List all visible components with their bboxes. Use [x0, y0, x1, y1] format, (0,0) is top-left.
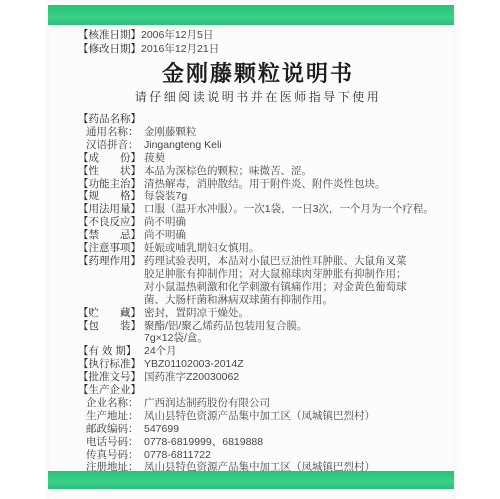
field-row-shelf-life: 【有 效 期】24个月 [78, 345, 438, 358]
field-value: 金刚藤颗粒 [144, 126, 438, 139]
field-row-generic-name: 通用名称：金刚藤颗粒 [78, 126, 438, 139]
field-value: 密封，置阴凉干燥处。 [144, 307, 438, 320]
field-label: 【性 状】 [78, 165, 144, 178]
top-green-bar [48, 5, 454, 25]
field-value: 547699 [144, 423, 438, 436]
field-row-company-name: 企业名称：广西润达制药股份有限公司 [78, 397, 438, 410]
field-row-precautions: 【注意事项】妊娠或哺乳期妇女慎用。 [78, 242, 438, 255]
field-row-manufacturer-section: 【生产企业】 [78, 384, 438, 397]
field-value: 本品为深棕色的颗粒；味微苦、涩。 [144, 165, 438, 178]
pharmacology-line: 药理试验表明，本品对小鼠巴豆油性耳肿胀、大鼠角叉菜 [144, 255, 438, 268]
field-value: 尚不明确 [144, 229, 438, 242]
field-row-ingredients: 【成 份】菝葜 [78, 152, 438, 165]
approval-date-row: 【核准日期】2006年12月5日 [78, 29, 438, 43]
revision-date-value: 2016年12月21日 [141, 43, 219, 57]
packaging-line: 7g×12袋/盒。 [144, 332, 438, 345]
field-row-pharmacology: 【药理作用】 药理试验表明，本品对小鼠巴豆油性耳肿胀、大鼠角叉菜 胶足肿胀有抑制… [78, 255, 438, 307]
field-row-description: 【性 状】本品为深棕色的颗粒；味微苦、涩。 [78, 165, 438, 178]
field-value: 聚酯/铝/聚乙烯药品包装用复合膜。 7g×12袋/盒。 [144, 320, 438, 346]
field-value: 口服（温开水冲服）。一次1袋，一日3次，一个月为一个疗程。 [144, 203, 438, 216]
field-label: 【包 装】 [78, 320, 144, 346]
field-label: 邮政编码： [86, 423, 144, 436]
field-row-standard: 【执行标准】YBZ01102003-2014Z [78, 358, 438, 371]
field-value: 0778-6811722 [144, 449, 438, 462]
field-label: 【功能主治】 [78, 178, 144, 191]
drug-leaflet-paper: 【核准日期】2006年12月5日 【修改日期】2016年12月21日 金刚藤颗粒… [48, 0, 454, 499]
field-row-pinyin: 汉语拼音：Jingangteng Keli [78, 139, 438, 152]
field-value: 广西润达制药股份有限公司 [144, 397, 438, 410]
field-row-packaging: 【包 装】 聚酯/铝/聚乙烯药品包装用复合膜。 7g×12袋/盒。 [78, 320, 438, 346]
field-label: 【药理作用】 [78, 255, 144, 307]
field-value: YBZ01102003-2014Z [144, 358, 438, 371]
approval-date-value: 2006年12月5日 [141, 29, 213, 43]
field-value: 24个月 [144, 345, 438, 358]
pharmacology-line: 对小鼠温热刺激和化学刺激有镇痛作用；对金黄色葡萄球 [144, 281, 438, 294]
field-value: 每袋装7g [144, 190, 438, 203]
field-label: 传真号码： [86, 449, 144, 462]
field-row-contraindications: 【禁 忌】尚不明确 [78, 229, 438, 242]
leaflet-content: 【核准日期】2006年12月5日 【修改日期】2016年12月21日 金刚藤颗粒… [78, 29, 438, 487]
field-label: 【用法用量】 [78, 203, 144, 216]
pharmacology-line: 胶足肿胀有抑制作用；对大鼠棉球肉芽肿胀有抑制作用； [144, 268, 438, 281]
field-label: 【有 效 期】 [78, 345, 144, 358]
field-value: Jingangteng Keli [144, 139, 438, 152]
field-value: 药理试验表明，本品对小鼠巴豆油性耳肿胀、大鼠角叉菜 胶足肿胀有抑制作用；对大鼠棉… [144, 255, 438, 307]
document-title: 金刚藤颗粒说明书 [78, 61, 438, 87]
field-value [144, 113, 438, 126]
field-row-indications: 【功能主治】清热解毒，消肿散结。用于附件炎、附件炎性包块。 [78, 178, 438, 191]
field-label: 【注意事项】 [78, 242, 144, 255]
field-row-drug-name-section: 【药品名称】 [78, 113, 438, 126]
field-label: 【生产企业】 [78, 384, 144, 397]
field-label: 电话号码： [86, 436, 144, 449]
field-label: 【贮 藏】 [78, 307, 144, 320]
revision-date-row: 【修改日期】2016年12月21日 [78, 43, 438, 57]
field-label: 【执行标准】 [78, 358, 144, 371]
field-value: 尚不明确 [144, 216, 438, 229]
field-value: 菝葜 [144, 152, 438, 165]
packaging-line: 聚酯/铝/聚乙烯药品包装用复合膜。 [144, 320, 438, 333]
field-label: 【不良反应】 [78, 216, 144, 229]
field-label: 【规 格】 [78, 190, 144, 203]
field-row-approval-number: 【批准文号】国药准字Z20030062 [78, 371, 438, 384]
field-label: 汉语拼音： [86, 139, 144, 152]
field-value: 清热解毒，消肿散结。用于附件炎、附件炎性包块。 [144, 178, 438, 191]
field-row-storage: 【贮 藏】密封，置阴凉干燥处。 [78, 307, 438, 320]
field-label: 通用名称： [86, 126, 144, 139]
field-label: 生产地址： [86, 410, 144, 423]
field-value: 凤山县特色资源产品集中加工区（凤城镇巴烈村） [144, 410, 438, 423]
field-value: 0778-6819999、6819888 [144, 436, 438, 449]
revision-date-label: 【修改日期】 [78, 43, 141, 57]
field-row-specification: 【规 格】每袋装7g [78, 190, 438, 203]
field-value: 国药准字Z20030062 [144, 371, 438, 384]
document-subtitle: 请仔细阅读说明书并在医师指导下使用 [78, 90, 438, 105]
field-label: 【禁 忌】 [78, 229, 144, 242]
approval-date-label: 【核准日期】 [78, 29, 141, 43]
field-row-phone: 电话号码：0778-6819999、6819888 [78, 436, 438, 449]
field-label: 【药品名称】 [78, 113, 144, 126]
field-value: 妊娠或哺乳期妇女慎用。 [144, 242, 438, 255]
field-label: 【成 份】 [78, 152, 144, 165]
field-label: 企业名称： [86, 397, 144, 410]
pharmacology-line: 菌、大肠杆菌和淋病双球菌有抑制作用。 [144, 294, 438, 307]
field-row-dosage: 【用法用量】口服（温开水冲服）。一次1袋，一日3次，一个月为一个疗程。 [78, 203, 438, 216]
field-row-production-address: 生产地址：凤山县特色资源产品集中加工区（凤城镇巴烈村） [78, 410, 438, 423]
field-row-postal-code: 邮政编码：547699 [78, 423, 438, 436]
field-label: 【批准文号】 [78, 371, 144, 384]
field-value [144, 384, 438, 397]
bottom-green-bar [48, 471, 454, 489]
field-row-adverse-reactions: 【不良反应】尚不明确 [78, 216, 438, 229]
field-row-fax: 传真号码：0778-6811722 [78, 449, 438, 462]
